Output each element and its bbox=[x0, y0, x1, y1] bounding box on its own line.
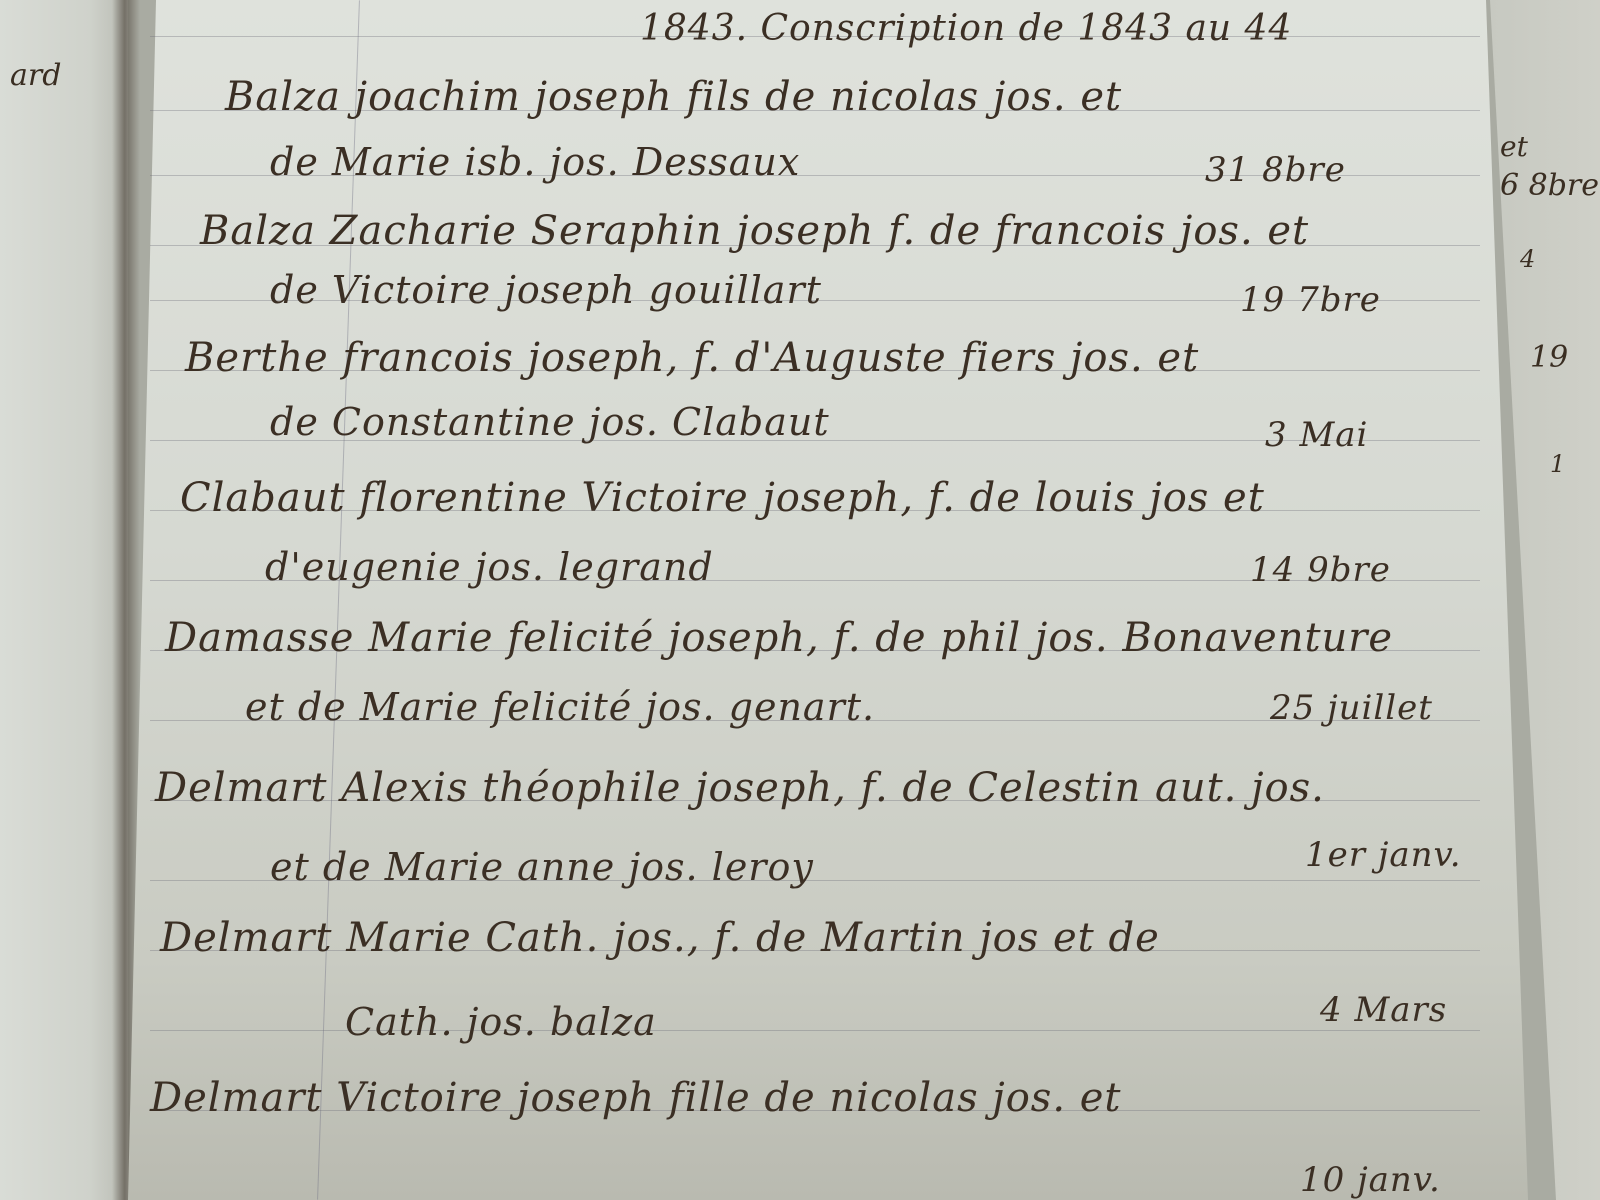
right-page-fragment: 1 bbox=[1550, 450, 1565, 478]
entry-parent-line: de Constantine jos. Clabaut bbox=[270, 400, 830, 444]
right-page-fragment: 4 bbox=[1520, 245, 1535, 273]
entry-parent-line: Cath. jos. balza bbox=[345, 1000, 657, 1044]
entry-parent-line: de Victoire joseph gouillart bbox=[270, 268, 822, 312]
entry-name-line: Balza Zacharie Seraphin joseph f. de fra… bbox=[200, 208, 1309, 254]
entry-date: 10 janv. bbox=[1300, 1160, 1441, 1200]
right-page-fragment: et bbox=[1500, 130, 1528, 163]
entry-name-line: Berthe francois joseph, f. d'Auguste fie… bbox=[185, 335, 1199, 381]
entry-date: 3 Mai bbox=[1265, 415, 1368, 455]
entry-name-line: Damasse Marie felicité joseph, f. de phi… bbox=[165, 615, 1393, 661]
entry-name-line: Balza joachim joseph fils de nicolas jos… bbox=[225, 74, 1122, 120]
entry-date: 19 7bre bbox=[1240, 280, 1381, 320]
right-page-fragment: 19 bbox=[1530, 340, 1568, 375]
entry-date: 25 juillet bbox=[1270, 688, 1433, 728]
entry-parent-line: de Marie isb. jos. Dessaux bbox=[270, 140, 800, 184]
entry-parent-line: et de Marie felicité jos. genart. bbox=[245, 685, 875, 729]
left-page-fragment: ard bbox=[10, 58, 61, 93]
entry-date: 1er janv. bbox=[1305, 835, 1462, 875]
entry-name-line: Clabaut florentine Victoire joseph, f. d… bbox=[180, 475, 1265, 521]
entry-date: 31 8bre bbox=[1205, 150, 1346, 190]
entry-name-line: Delmart Victoire joseph fille de nicolas… bbox=[150, 1075, 1122, 1121]
entry-date: 14 9bre bbox=[1250, 550, 1391, 590]
entry-name-line: Delmart Marie Cath. jos., f. de Martin j… bbox=[160, 915, 1160, 961]
entry-parent-line: d'eugenie jos. legrand bbox=[265, 545, 714, 589]
right-page-fragment: 6 8bre bbox=[1500, 168, 1599, 203]
left-page: ard bbox=[0, 0, 128, 1200]
page-header: 1843. Conscription de 1843 au 44 bbox=[640, 8, 1292, 49]
entry-date: 4 Mars bbox=[1320, 990, 1447, 1030]
entry-name-line: Delmart Alexis théophile joseph, f. de C… bbox=[155, 765, 1325, 811]
entry-parent-line: et de Marie anne jos. leroy bbox=[270, 845, 814, 889]
